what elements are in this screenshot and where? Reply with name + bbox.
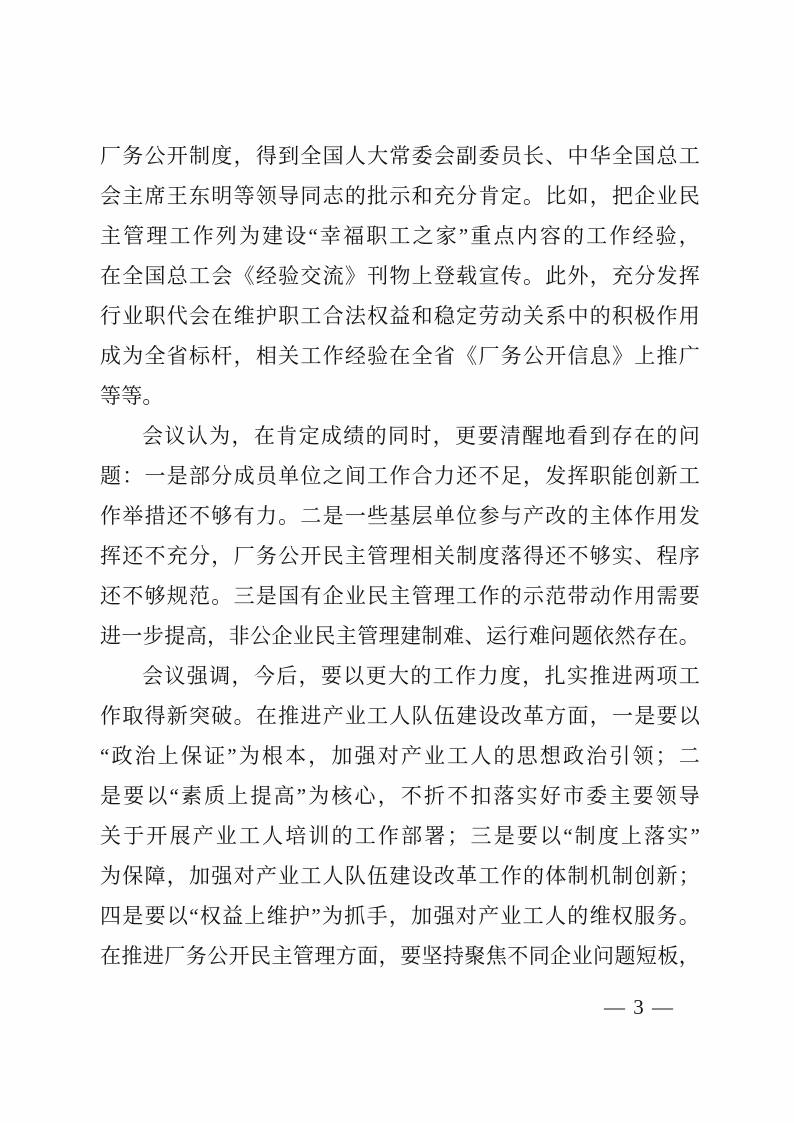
text-line: 主管理工作列为建设“幸福职工之家”重点内容的工作经验，	[100, 216, 700, 256]
document-page: 厂务公开制度，得到全国人大常委会副委员长、中华全国总工会主席王东明等领导同志的批…	[0, 0, 794, 1123]
text-line: “政治上保证”为根本，加强对产业工人的思想政治引领；二	[100, 736, 700, 776]
text-line: 作取得新突破。在推进产业工人队伍建设改革方面，一是要以	[100, 696, 700, 736]
document-body: 厂务公开制度，得到全国人大常委会副委员长、中华全国总工会主席王东明等领导同志的批…	[100, 136, 700, 976]
text-line: 是要以“素质上提高”为核心，不折不扣落实好市委主要领导	[100, 776, 700, 816]
text-line: 四是要以“权益上维护”为抓手，加强对产业工人的维权服务。	[100, 896, 700, 936]
text-line: 行业职代会在维护职工合法权益和稳定劳动关系中的积极作用	[100, 296, 700, 336]
text-line: 会议强调，今后，要以更大的工作力度，扎实推进两项工	[100, 656, 700, 696]
text-line: 在推进厂务公开民主管理方面，要坚持聚焦不同企业问题短板，	[100, 936, 700, 976]
text-line: 题：一是部分成员单位之间工作合力还不足，发挥职能创新工	[100, 456, 700, 496]
text-line: 等等。	[100, 376, 700, 416]
text-line: 会议认为，在肯定成绩的同时，更要清醒地看到存在的问	[100, 416, 700, 456]
text-line: 在全国总工会《经验交流》刊物上登载宣传。此外，充分发挥	[100, 256, 700, 296]
text-line: 成为全省标杆，相关工作经验在全省《厂务公开信息》上推广	[100, 336, 700, 376]
text-line: 进一步提高，非公企业民主管理建制难、运行难问题依然存在。	[100, 616, 700, 656]
page-number: — 3 —	[604, 994, 694, 1020]
text-line: 作举措还不够有力。二是一些基层单位参与产改的主体作用发	[100, 496, 700, 536]
text-line: 会主席王东明等领导同志的批示和充分肯定。比如，把企业民	[100, 176, 700, 216]
text-line: 挥还不充分，厂务公开民主管理相关制度落得还不够实、程序	[100, 536, 700, 576]
text-line: 还不够规范。三是国有企业民主管理工作的示范带动作用需要	[100, 576, 700, 616]
text-line: 关于开展产业工人培训的工作部署；三是要以“制度上落实”	[100, 816, 700, 856]
text-line: 为保障，加强对产业工人队伍建设改革工作的体制机制创新；	[100, 856, 700, 896]
text-line: 厂务公开制度，得到全国人大常委会副委员长、中华全国总工	[100, 136, 700, 176]
